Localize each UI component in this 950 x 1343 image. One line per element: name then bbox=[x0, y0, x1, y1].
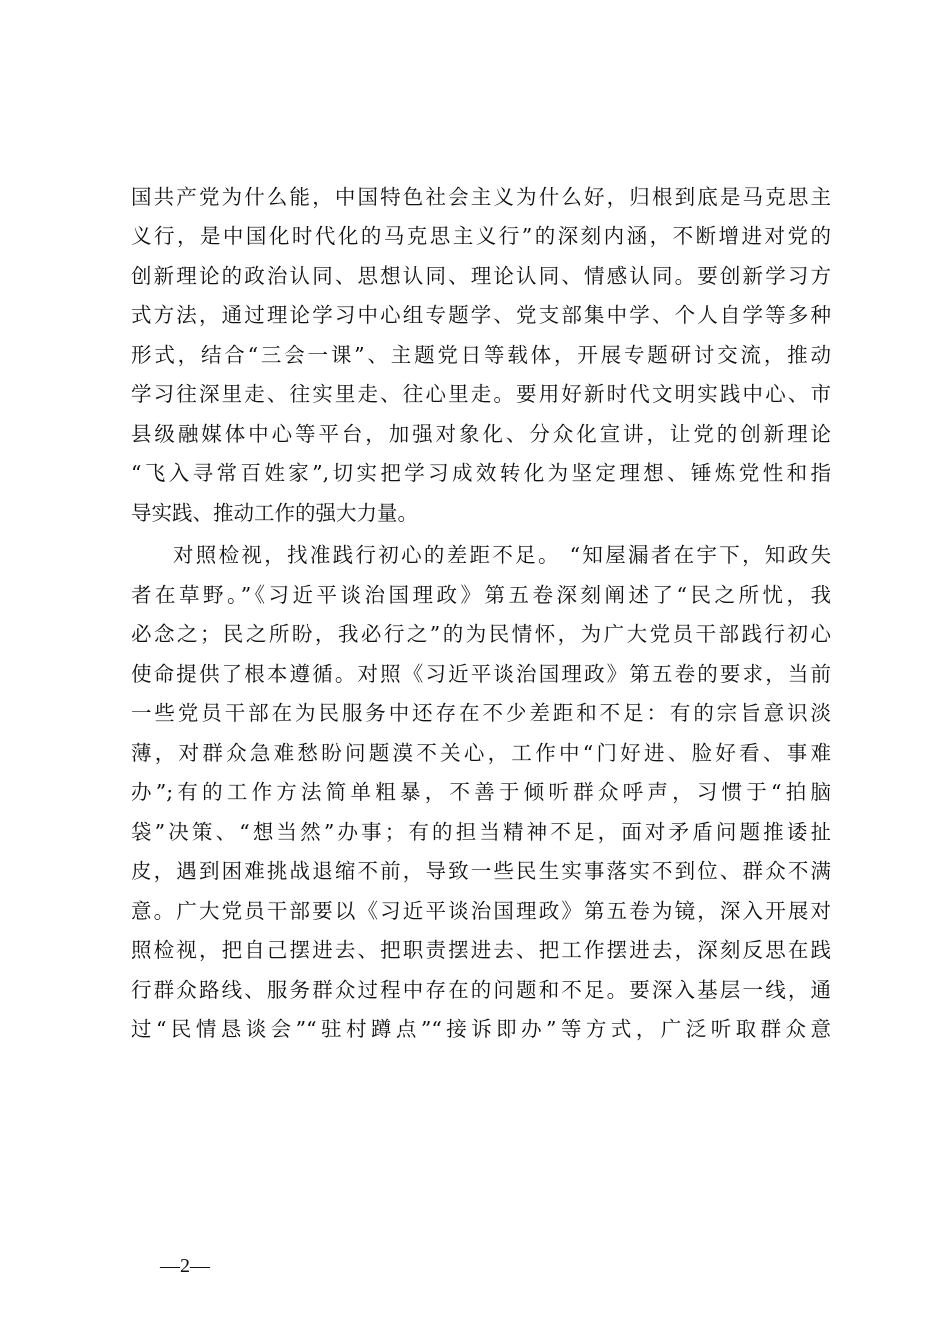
paragraph-1-line-1: 国共产党为什么能，中国特色社会主义为什么好，归根到底是马克思主 bbox=[131, 177, 831, 217]
paragraph-1-line-6: 学习往深里走、往实里走、往心里走。要用好新时代文明实践中心、市 bbox=[131, 374, 831, 414]
paragraph-2-line-4: 使命提供了根本遵循。对照《习近平谈治国理政》第五卷的要求，当前 bbox=[131, 654, 831, 694]
paragraph-2-line-11: 照检视，把自己摆进去、把职责摆进去、把工作摆进去，深刻反思在践 bbox=[131, 930, 831, 970]
paragraph-2-line-2: 者在草野。”《习近平谈治国理政》第五卷深刻阐述了“民之所忧，我 bbox=[131, 575, 831, 615]
paragraph-1-line-8: “飞入寻常百姓家”,切实把学习成效转化为坚定理想、锤炼党性和指 bbox=[131, 453, 831, 493]
paragraph-1-line-5: 形式，结合“三会一课”、主题党日等载体，开展专题研讨交流，推动 bbox=[131, 335, 831, 375]
paragraph-1-line-7: 县级融媒体中心等平台，加强对象化、分众化宣讲，让党的创新理论 bbox=[131, 414, 831, 454]
paragraph-2-line-13: 过“民情恳谈会”“驻村蹲点”“接诉即办”等方式，广泛听取群众意 bbox=[131, 1009, 831, 1049]
paragraph-2-line-5: 一些党员干部在为民服务中还存在不少差距和不足：有的宗旨意识淡 bbox=[131, 693, 831, 733]
page-number: —2— bbox=[160, 1254, 210, 1278]
paragraph-1-line-3: 创新理论的政治认同、思想认同、理论认同、情感认同。要创新学习方 bbox=[131, 256, 831, 296]
paragraph-2-line-6: 薄，对群众急难愁盼问题漠不关心，工作中“门好进、脸好看、事难 bbox=[131, 733, 831, 773]
paragraph-2-line-9: 皮，遇到困难挑战退缩不前，导致一些民生实事落实不到位、群众不满 bbox=[131, 851, 831, 891]
paragraph-1-line-9: 导实践、推动工作的强大力量。 bbox=[131, 493, 831, 533]
paragraph-2-line-3: 必念之；民之所盼，我必行之”的为民情怀，为广大党员干部践行初心 bbox=[131, 614, 831, 654]
paragraph-2-line-12: 行群众路线、服务群众过程中存在的问题和不足。要深入基层一线，通 bbox=[131, 970, 831, 1010]
paragraph-2-line-1: 对照检视，找准践行初心的差距不足。 “知屋漏者在宇下，知政失 bbox=[173, 535, 831, 575]
paragraph-1-line-2: 义行，是中国化时代化的马克思主义行”的深刻内涵，不断增进对党的 bbox=[131, 216, 831, 256]
paragraph-2-line-10: 意。广大党员干部要以《习近平谈治国理政》第五卷为镜，深入开展对 bbox=[131, 891, 831, 931]
paragraph-2-line-8: 袋”决策、“想当然”办事；有的担当精神不足，面对矛盾问题推诿扯 bbox=[131, 812, 831, 852]
document-page: 国共产党为什么能，中国特色社会主义为什么好，归根到底是马克思主 义行，是中国化时… bbox=[0, 0, 950, 1343]
paragraph-1-line-4: 式方法，通过理论学习中心组专题学、党支部集中学、个人自学等多种 bbox=[131, 295, 831, 335]
paragraph-2-line-7: 办”;有的工作方法简单粗暴，不善于倾听群众呼声，习惯于“拍脑 bbox=[131, 772, 831, 812]
